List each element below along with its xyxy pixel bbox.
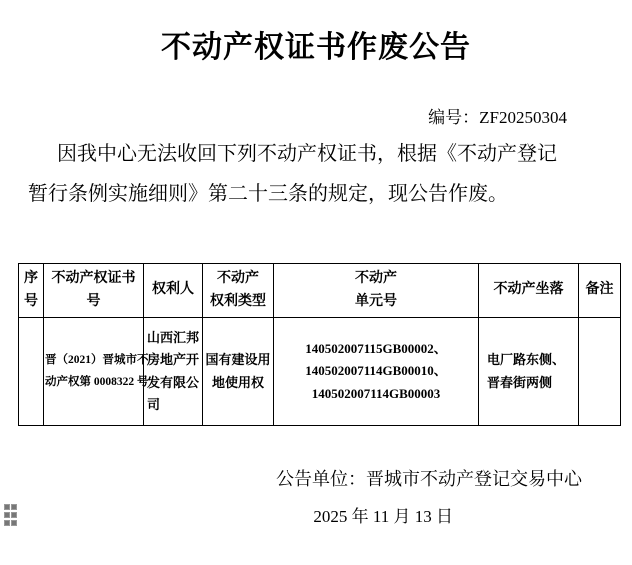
announcement-page: 不动产权证书作废公告 编号：ZF20250304 因我中心无法收回下列不动产权证… bbox=[0, 0, 632, 565]
drag-handle-dot bbox=[12, 521, 16, 525]
page-title: 不动产权证书作废公告 bbox=[0, 22, 632, 66]
table-row: 晋（2021）晋城市不 动产权第 0008322 号 山西汇邦房地产开发有限公司… bbox=[19, 318, 621, 426]
header-remark: 备注 bbox=[579, 264, 621, 318]
drag-handle-dot bbox=[5, 513, 9, 517]
body-paragraph: 因我中心无法收回下列不动产权证书，根据《不动产登记 暂行条例实施细则》第二十三条… bbox=[28, 134, 588, 214]
body-line-2: 暂行条例实施细则》第二十三条的规定，现公告作废。 bbox=[28, 174, 588, 214]
drag-handle-dot bbox=[12, 505, 16, 509]
header-holder: 权利人 bbox=[144, 264, 203, 318]
cell-unit-no: 140502007115GB00002、 140502007114GB00010… bbox=[274, 318, 479, 426]
cell-seq bbox=[19, 318, 44, 426]
cell-location: 电厂路东侧、 晋春街两侧 bbox=[479, 318, 579, 426]
cell-remark bbox=[579, 318, 621, 426]
doc-number: 编号：ZF20250304 bbox=[428, 103, 567, 128]
drag-handle-icon[interactable] bbox=[5, 505, 16, 525]
cell-right-type: 国有建设用 地使用权 bbox=[203, 318, 274, 426]
footer-unit-line: 公告单位：晋城市不动产登记交易中心 bbox=[276, 465, 582, 491]
header-location: 不动产坐落 bbox=[479, 264, 579, 318]
cell-cert-no: 晋（2021）晋城市不 动产权第 0008322 号 bbox=[44, 318, 144, 426]
header-seq: 序 号 bbox=[19, 264, 44, 318]
header-unit-no: 不动产 单元号 bbox=[274, 264, 479, 318]
table-header-row: 序 号 不动产权证书号 权利人 不动产 权利类型 不动产 单元号 不动产坐落 备… bbox=[19, 264, 621, 318]
header-right-type: 不动产 权利类型 bbox=[203, 264, 274, 318]
footer-date-line: 2025 年 11 月 13 日 bbox=[313, 502, 453, 527]
certificate-table: 序 号 不动产权证书号 权利人 不动产 权利类型 不动产 单元号 不动产坐落 备… bbox=[18, 263, 621, 426]
header-cert-no: 不动产权证书号 bbox=[44, 264, 144, 318]
cell-holder: 山西汇邦房地产开发有限公司 bbox=[144, 318, 203, 426]
drag-handle-dot bbox=[5, 521, 9, 525]
drag-handle-dot bbox=[12, 513, 16, 517]
body-line-1: 因我中心无法收回下列不动产权证书，根据《不动产登记 bbox=[28, 134, 588, 174]
drag-handle-dot bbox=[5, 505, 9, 509]
